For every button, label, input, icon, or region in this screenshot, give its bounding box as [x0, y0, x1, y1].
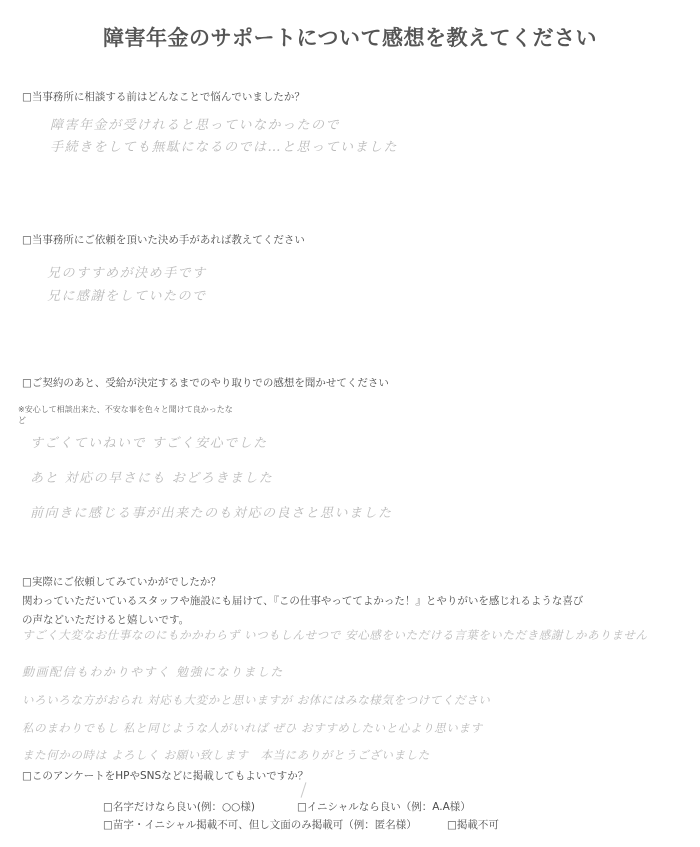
option-no-publication[interactable]: □掲載不可 — [447, 817, 499, 832]
publication-question-label: □このアンケートをHPやSNSなどに掲載してもよいですか？ — [22, 769, 308, 783]
question-3-label: □ご契約のあと、受給が決定するまでのやり取りでの感想を聞かせてください — [22, 376, 389, 390]
question-3-note-line-2: ど — [18, 415, 288, 426]
question-4-block: □実際にご依頼してみていかがでしたか？ 関わっていただいているスタッフや施設にも… — [22, 573, 582, 630]
answer-3-line-2: あと 対応の早さにも おどろきました — [30, 467, 273, 486]
option-surname-only[interactable]: □名字だけなら良い(例：○○様) — [103, 799, 255, 814]
question-3-note: ※安心して相談出来た、不安な事を色々と聞けて良かったな ど — [18, 404, 288, 426]
answer-3-line-1: すごくていねいで すごく安心でした — [30, 432, 268, 451]
question-2-label: □当事務所にご依頼を頂いた決め手があれば教えてください — [22, 233, 305, 247]
answer-2-line-2: 兄に感謝をしていたので — [47, 285, 207, 304]
question-4-label: □実際にご依頼してみていかがでしたか？ — [22, 573, 582, 592]
answer-3-line-3: 前向きに感じる事が出来たのも対応の良さと思いました — [30, 502, 393, 521]
question-3-note-line-1: ※安心して相談出来た、不安な事を色々と聞けて良かったな — [18, 404, 288, 415]
option-text-only-anonymous[interactable]: □苗字・イニシャル掲載不可、但し文面のみ掲載可（例：匿名様） — [103, 817, 417, 832]
question-4-line-2: 関わっていただいているスタッフや施設にも届けて、『この仕事やっててよかった！』と… — [22, 592, 582, 611]
answer-4-line-5: また何かの時は よろしく お願い致します 本当にありがとうございました — [22, 747, 430, 763]
answer-1-line-2: 手続きをしても無駄になるのでは…と思っていました — [50, 136, 398, 155]
answer-2-line-1: 兄のすすめが決め手です — [47, 262, 207, 281]
answer-4-line-3: いろいろな方がおられ 対応も大変かと思いますが お体にはみな様気をつけてください — [22, 692, 490, 708]
option-initials-only[interactable]: □イニシャルなら良い（例：A.A様） — [297, 799, 471, 814]
check-mark-icon — [301, 782, 307, 798]
answer-1-line-1: 障害年金が受けれると思っていなかったので — [50, 114, 340, 133]
question-1-label: □当事務所に相談する前はどんなことで悩んでいましたか？ — [22, 90, 305, 104]
answer-4-line-1: すごく大変なお仕事なのにもかかわらず いつもしんせつで 安心感をいただける言葉を… — [22, 627, 648, 643]
answer-4-line-4: 私のまわりでもし 私と同じような人がいれば ぜひ おすすめしたいと心より思います — [22, 720, 483, 736]
page-title: 障害年金のサポートについて感想を教えてください — [0, 22, 700, 52]
answer-4-line-2: 動画配信もわかりやすく 勉強になりました — [22, 663, 284, 680]
